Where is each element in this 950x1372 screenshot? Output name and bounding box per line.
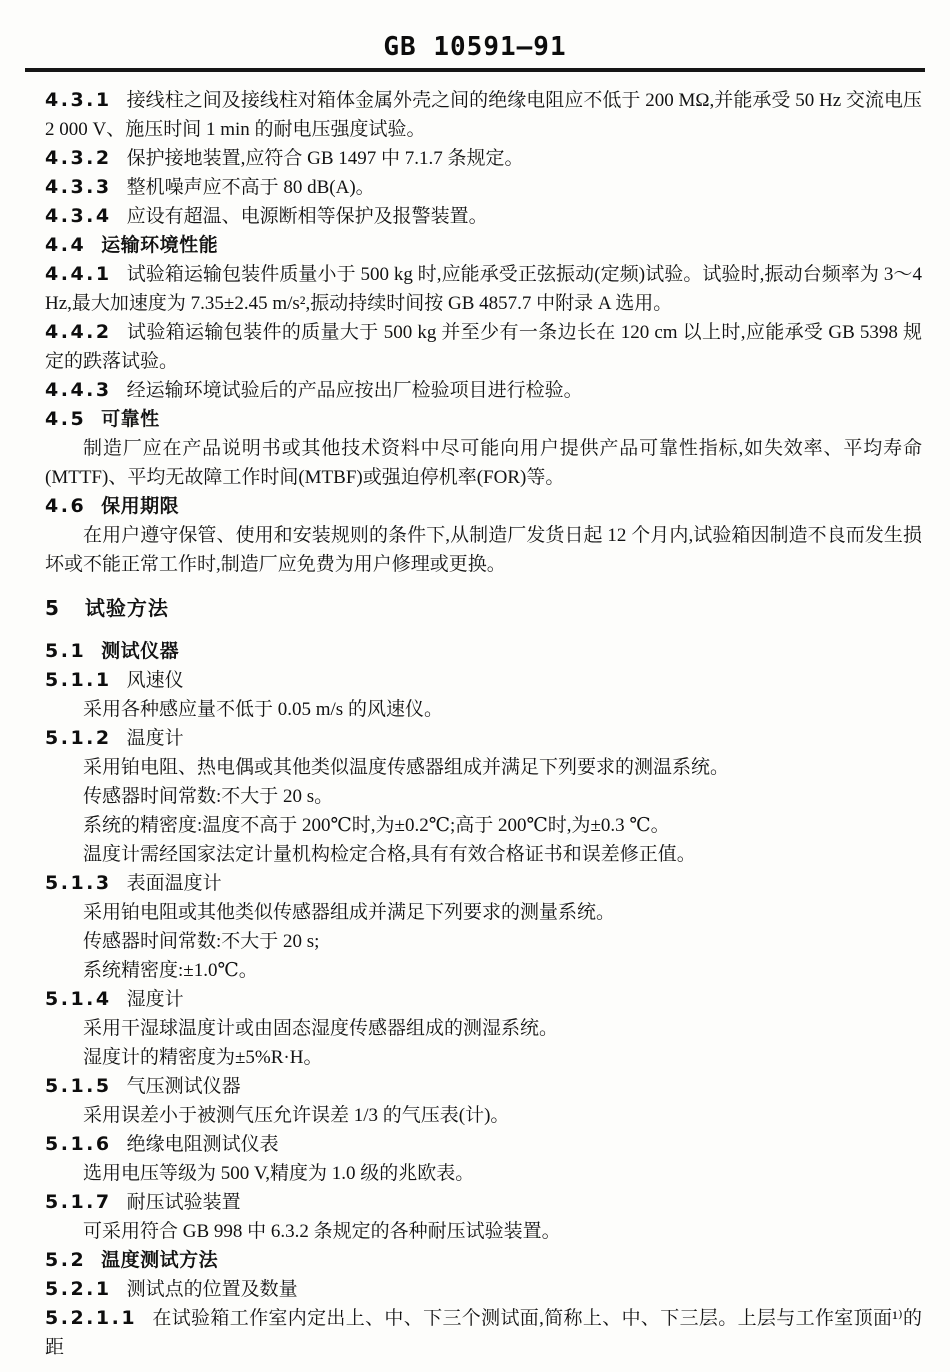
clause-text: 应设有超温、电源断相等保护及报警装置。: [127, 206, 488, 227]
document-page: GB 10591—91 4.3.1接线柱之间及接线柱对箱体金属外壳之间的绝缘电阻…: [0, 0, 950, 1372]
clause-5-1-7: 5.1.7耐压试验装置: [45, 1188, 922, 1217]
paragraph: 采用各种感应量不低于 0.05 m/s 的风速仪。: [45, 695, 922, 724]
clause-text: 保用期限: [101, 495, 179, 517]
paragraph: 系统精密度:±1.0℃。: [45, 956, 922, 985]
clause-number: 5.1.2: [45, 727, 112, 749]
clause-number: 4.3.2: [45, 147, 112, 169]
clause-text: 可靠性: [101, 408, 160, 430]
clause-4-4-1: 4.4.1试验箱运输包装件质量小于 500 kg 时,应能承受正弦振动(定频)试…: [45, 260, 922, 318]
clause-text: 采用干湿球温度计或由固态湿度传感器组成的测湿系统。: [83, 1018, 558, 1039]
clause-text: 系统的精密度:温度不高于 200℃时,为±0.2℃;高于 200℃时,为±0.3…: [83, 815, 670, 836]
clause-text: 温度计: [127, 728, 184, 749]
clause-number: 4.3.1: [45, 89, 112, 111]
paragraph: 传感器时间常数:不大于 20 s。: [45, 782, 922, 811]
doc-number-title: GB 10591—91: [0, 0, 950, 63]
paragraph: 湿度计的精密度为±5%R·H。: [45, 1043, 922, 1072]
clause-text: 运输环境性能: [101, 234, 218, 256]
clause-4-3-3: 4.3.3整机噪声应不高于 80 dB(A)。: [45, 173, 922, 202]
clause-text: 采用铂电阻、热电偶或其他类似温度传感器组成并满足下列要求的测温系统。: [83, 757, 729, 778]
paragraph: 温度计需经国家法定计量机构检定合格,具有有效合格证书和误差修正值。: [45, 840, 922, 869]
clause-text: 风速仪: [127, 670, 184, 691]
clause-text: 在用户遵守保管、使用和安装规则的条件下,从制造厂发货日起 12 个月内,试验箱因…: [45, 525, 922, 575]
paragraph: 可采用符合 GB 998 中 6.3.2 条规定的各种耐压试验装置。: [45, 1217, 922, 1246]
clause-number: 4.3.4: [45, 205, 112, 227]
clause-5-1-6: 5.1.6绝缘电阻测试仪表: [45, 1130, 922, 1159]
clause-text: 选用电压等级为 500 V,精度为 1.0 级的兆欧表。: [83, 1163, 474, 1184]
clause-number: 5.1.6: [45, 1133, 112, 1155]
clause-text: 传感器时间常数:不大于 20 s。: [83, 786, 333, 807]
clause-number: 5: [45, 596, 59, 620]
clause-text: 保护接地装置,应符合 GB 1497 中 7.1.7 条规定。: [127, 148, 524, 169]
clause-5-2: 5.2温度测试方法: [45, 1246, 922, 1275]
clause-text: 湿度计的精密度为±5%R·H。: [83, 1047, 322, 1068]
paragraph: 系统的精密度:温度不高于 200℃时,为±0.2℃;高于 200℃时,为±0.3…: [45, 811, 922, 840]
clause-number: 5.1.7: [45, 1191, 112, 1213]
paragraph: 制造厂应在产品说明书或其他技术资料中尽可能向用户提供产品可靠性指标,如失效率、平…: [45, 434, 922, 492]
clause-5: 5试验方法: [45, 594, 922, 624]
clause-text: 试验箱运输包装件的质量大于 500 kg 并至少有一条边长在 120 cm 以上…: [45, 322, 922, 372]
clause-number: 5.1.4: [45, 988, 112, 1010]
clause-text: 可采用符合 GB 998 中 6.3.2 条规定的各种耐压试验装置。: [83, 1221, 561, 1242]
clause-4-3-2: 4.3.2保护接地装置,应符合 GB 1497 中 7.1.7 条规定。: [45, 144, 922, 173]
clause-text: 接线柱之间及接线柱对箱体金属外壳之间的绝缘电阻应不低于 200 MΩ,并能承受 …: [45, 90, 922, 140]
clause-number: 4.4.1: [45, 263, 112, 285]
clause-number: 5.1.5: [45, 1075, 112, 1097]
clause-number: 5.1.3: [45, 872, 112, 894]
clause-text: 气压测试仪器: [127, 1076, 241, 1097]
clause-4-3-4: 4.3.4应设有超温、电源断相等保护及报警装置。: [45, 202, 922, 231]
clause-text: 测试仪器: [101, 640, 179, 662]
paragraph: 在用户遵守保管、使用和安装规则的条件下,从制造厂发货日起 12 个月内,试验箱因…: [45, 521, 922, 579]
clause-5-1-1: 5.1.1风速仪: [45, 666, 922, 695]
clause-text: 温度测试方法: [101, 1249, 218, 1271]
clause-number: 4.4.2: [45, 321, 112, 343]
clause-4-6: 4.6保用期限: [45, 492, 922, 521]
clause-5-1-5: 5.1.5气压测试仪器: [45, 1072, 922, 1101]
clause-number: 5.1: [45, 640, 86, 662]
paragraph: 选用电压等级为 500 V,精度为 1.0 级的兆欧表。: [45, 1159, 922, 1188]
clause-text: 采用误差小于被测气压允许误差 1/3 的气压表(计)。: [83, 1105, 509, 1126]
clause-number: 5.2.1: [45, 1278, 112, 1300]
clause-4-4-3: 4.4.3经运输环境试验后的产品应按出厂检验项目进行检验。: [45, 376, 922, 405]
clause-text: 测试点的位置及数量: [127, 1279, 298, 1300]
clause-5-1-4: 5.1.4湿度计: [45, 985, 922, 1014]
clause-text: 表面温度计: [127, 873, 222, 894]
clause-text: 试验箱运输包装件质量小于 500 kg 时,应能承受正弦振动(定频)试验。试验时…: [45, 264, 922, 314]
clause-5-1: 5.1测试仪器: [45, 637, 922, 666]
paragraph: 采用干湿球温度计或由固态湿度传感器组成的测湿系统。: [45, 1014, 922, 1043]
clause-5-1-3: 5.1.3表面温度计: [45, 869, 922, 898]
clause-number: 4.4.3: [45, 379, 112, 401]
paragraph: 采用铂电阻或其他类似传感器组成并满足下列要求的测量系统。: [45, 898, 922, 927]
clause-4-4: 4.4运输环境性能: [45, 231, 922, 260]
clause-text: 湿度计: [127, 989, 184, 1010]
clause-number: 4.5: [45, 408, 86, 430]
clause-5-1-2: 5.1.2温度计: [45, 724, 922, 753]
paragraph: 采用铂电阻、热电偶或其他类似温度传感器组成并满足下列要求的测温系统。: [45, 753, 922, 782]
clause-4-4-2: 4.4.2试验箱运输包装件的质量大于 500 kg 并至少有一条边长在 120 …: [45, 318, 922, 376]
clause-number: 5.2.1.1: [45, 1307, 137, 1329]
clause-number: 4.4: [45, 234, 86, 256]
document-body: 4.3.1接线柱之间及接线柱对箱体金属外壳之间的绝缘电阻应不低于 200 MΩ,…: [0, 72, 950, 1362]
clause-text: 绝缘电阻测试仪表: [127, 1134, 279, 1155]
clause-4-3-1: 4.3.1接线柱之间及接线柱对箱体金属外壳之间的绝缘电阻应不低于 200 MΩ,…: [45, 86, 922, 144]
paragraph: 传感器时间常数:不大于 20 s;: [45, 927, 922, 956]
clause-number: 4.3.3: [45, 176, 112, 198]
clause-text: 在试验箱工作室内定出上、中、下三个测试面,简称上、中、下三层。上层与工作室顶面¹…: [45, 1308, 922, 1358]
clause-5-2-1-1: 5.2.1.1在试验箱工作室内定出上、中、下三个测试面,简称上、中、下三层。上层…: [45, 1304, 922, 1362]
clause-number: 5.2: [45, 1249, 86, 1271]
clause-text: 整机噪声应不高于 80 dB(A)。: [127, 177, 375, 198]
clause-5-2-1: 5.2.1测试点的位置及数量: [45, 1275, 922, 1304]
clause-text: 传感器时间常数:不大于 20 s;: [83, 931, 319, 952]
paragraph: 采用误差小于被测气压允许误差 1/3 的气压表(计)。: [45, 1101, 922, 1130]
clause-text: 采用铂电阻或其他类似传感器组成并满足下列要求的测量系统。: [83, 902, 615, 923]
clause-4-5: 4.5可靠性: [45, 405, 922, 434]
clause-text: 温度计需经国家法定计量机构检定合格,具有有效合格证书和误差修正值。: [83, 844, 696, 865]
clause-number: 4.6: [45, 495, 86, 517]
clause-text: 经运输环境试验后的产品应按出厂检验项目进行检验。: [127, 380, 583, 401]
clause-text: 采用各种感应量不低于 0.05 m/s 的风速仪。: [83, 699, 443, 720]
clause-text: 耐压试验装置: [127, 1192, 241, 1213]
clause-number: 5.1.1: [45, 669, 112, 691]
clause-text: 系统精密度:±1.0℃。: [83, 960, 258, 981]
clause-text: 试验方法: [85, 596, 169, 620]
clause-text: 制造厂应在产品说明书或其他技术资料中尽可能向用户提供产品可靠性指标,如失效率、平…: [45, 438, 922, 488]
